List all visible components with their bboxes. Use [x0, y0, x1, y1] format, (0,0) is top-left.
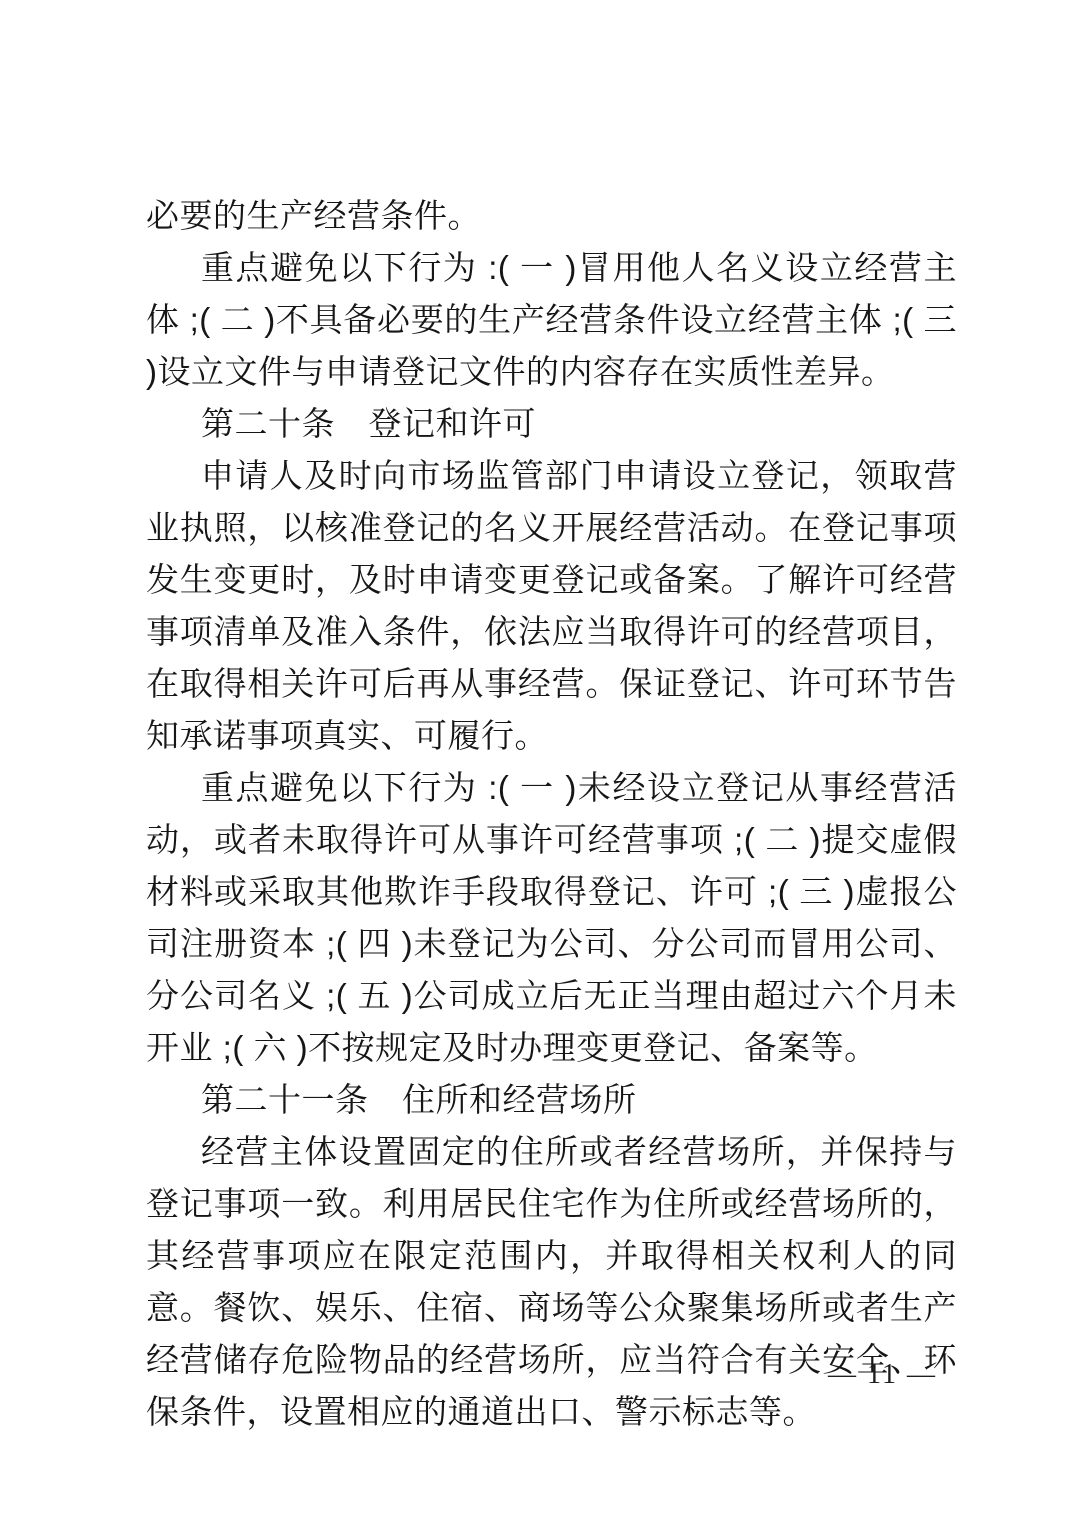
- paragraph-continuation: 必要的生产经营条件。: [146, 190, 957, 242]
- document-page: 必要的生产经营条件。 重点避免以下行为 :( 一 )冒用他人名义设立经营主体 ;…: [0, 0, 1074, 1520]
- section-heading-article-20: 第二十条 登记和许可: [146, 398, 957, 450]
- section-heading-article-21: 第二十一条 住所和经营场所: [146, 1074, 957, 1126]
- paragraph-key-avoid-behaviors-2: 重点避免以下行为 :( 一 )未经设立登记从事经营活动，或者未取得许可从事许可经…: [146, 762, 957, 1074]
- paragraph-registration-and-licensing: 申请人及时向市场监管部门申请设立登记，领取营业执照，以核准登记的名义开展经营活动…: [146, 450, 957, 762]
- document-body: 必要的生产经营条件。 重点避免以下行为 :( 一 )冒用他人名义设立经营主体 ;…: [146, 190, 957, 1438]
- page-number: — 11 —: [828, 1358, 937, 1392]
- paragraph-key-avoid-behaviors-1: 重点避免以下行为 :( 一 )冒用他人名义设立经营主体 ;( 二 )不具备必要的…: [146, 242, 957, 398]
